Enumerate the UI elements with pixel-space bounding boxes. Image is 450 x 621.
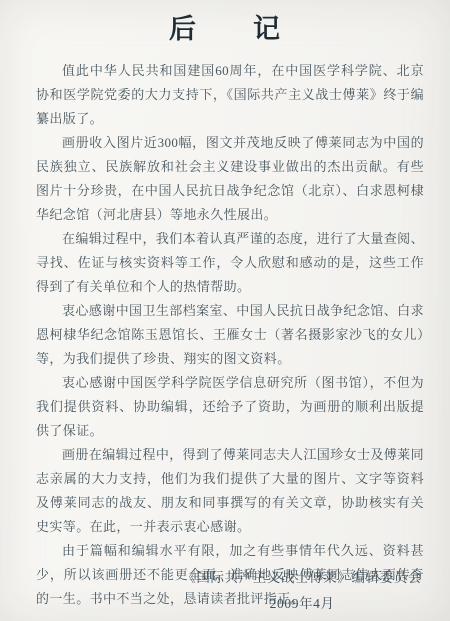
- signature-inner: 《国际共产主义战士傅莱》编辑委员会 2009年4月: [182, 566, 422, 616]
- publication-date: 2009年4月: [182, 592, 422, 616]
- paragraph-2: 画册收入图片近300幅，图文并茂地反映了傅莱同志为中国的民族独立、民族解放和社会…: [36, 131, 424, 227]
- signature-block: 《国际共产主义战士傅莱》编辑委员会 2009年4月: [182, 566, 422, 616]
- paragraph-5: 衷心感谢中国医学科学院医学信息研究所（图书馆），不但为我们提供资料、协助编辑，还…: [36, 371, 424, 443]
- paragraph-4: 衷心感谢中国卫生部档案室、中国人民抗日战争纪念馆、白求恩柯棣华纪念馆陈玉恩馆长、…: [36, 299, 424, 371]
- paragraph-1: 值此中华人民共和国建国60周年，在中国医学科学院、北京协和医学院党委的大力支持下…: [36, 59, 424, 131]
- body-text: 值此中华人民共和国建国60周年，在中国医学科学院、北京协和医学院党委的大力支持下…: [0, 59, 450, 611]
- paragraph-6: 画册在编辑过程中，得到了傅莱同志夫人江国珍女士及傅莱同志亲属的大力支持，他们为我…: [36, 443, 424, 539]
- paragraph-3: 在编辑过程中，我们本着认真严谨的态度，进行了大量查阅、寻找、佐证与核实资料等工作…: [36, 227, 424, 299]
- page-title: 后 记: [0, 0, 450, 45]
- afterword-page: 后 记 值此中华人民共和国建国60周年，在中国医学科学院、北京协和医学院党委的大…: [0, 0, 450, 621]
- editorial-committee-signature: 《国际共产主义战士傅莱》编辑委员会: [182, 566, 422, 590]
